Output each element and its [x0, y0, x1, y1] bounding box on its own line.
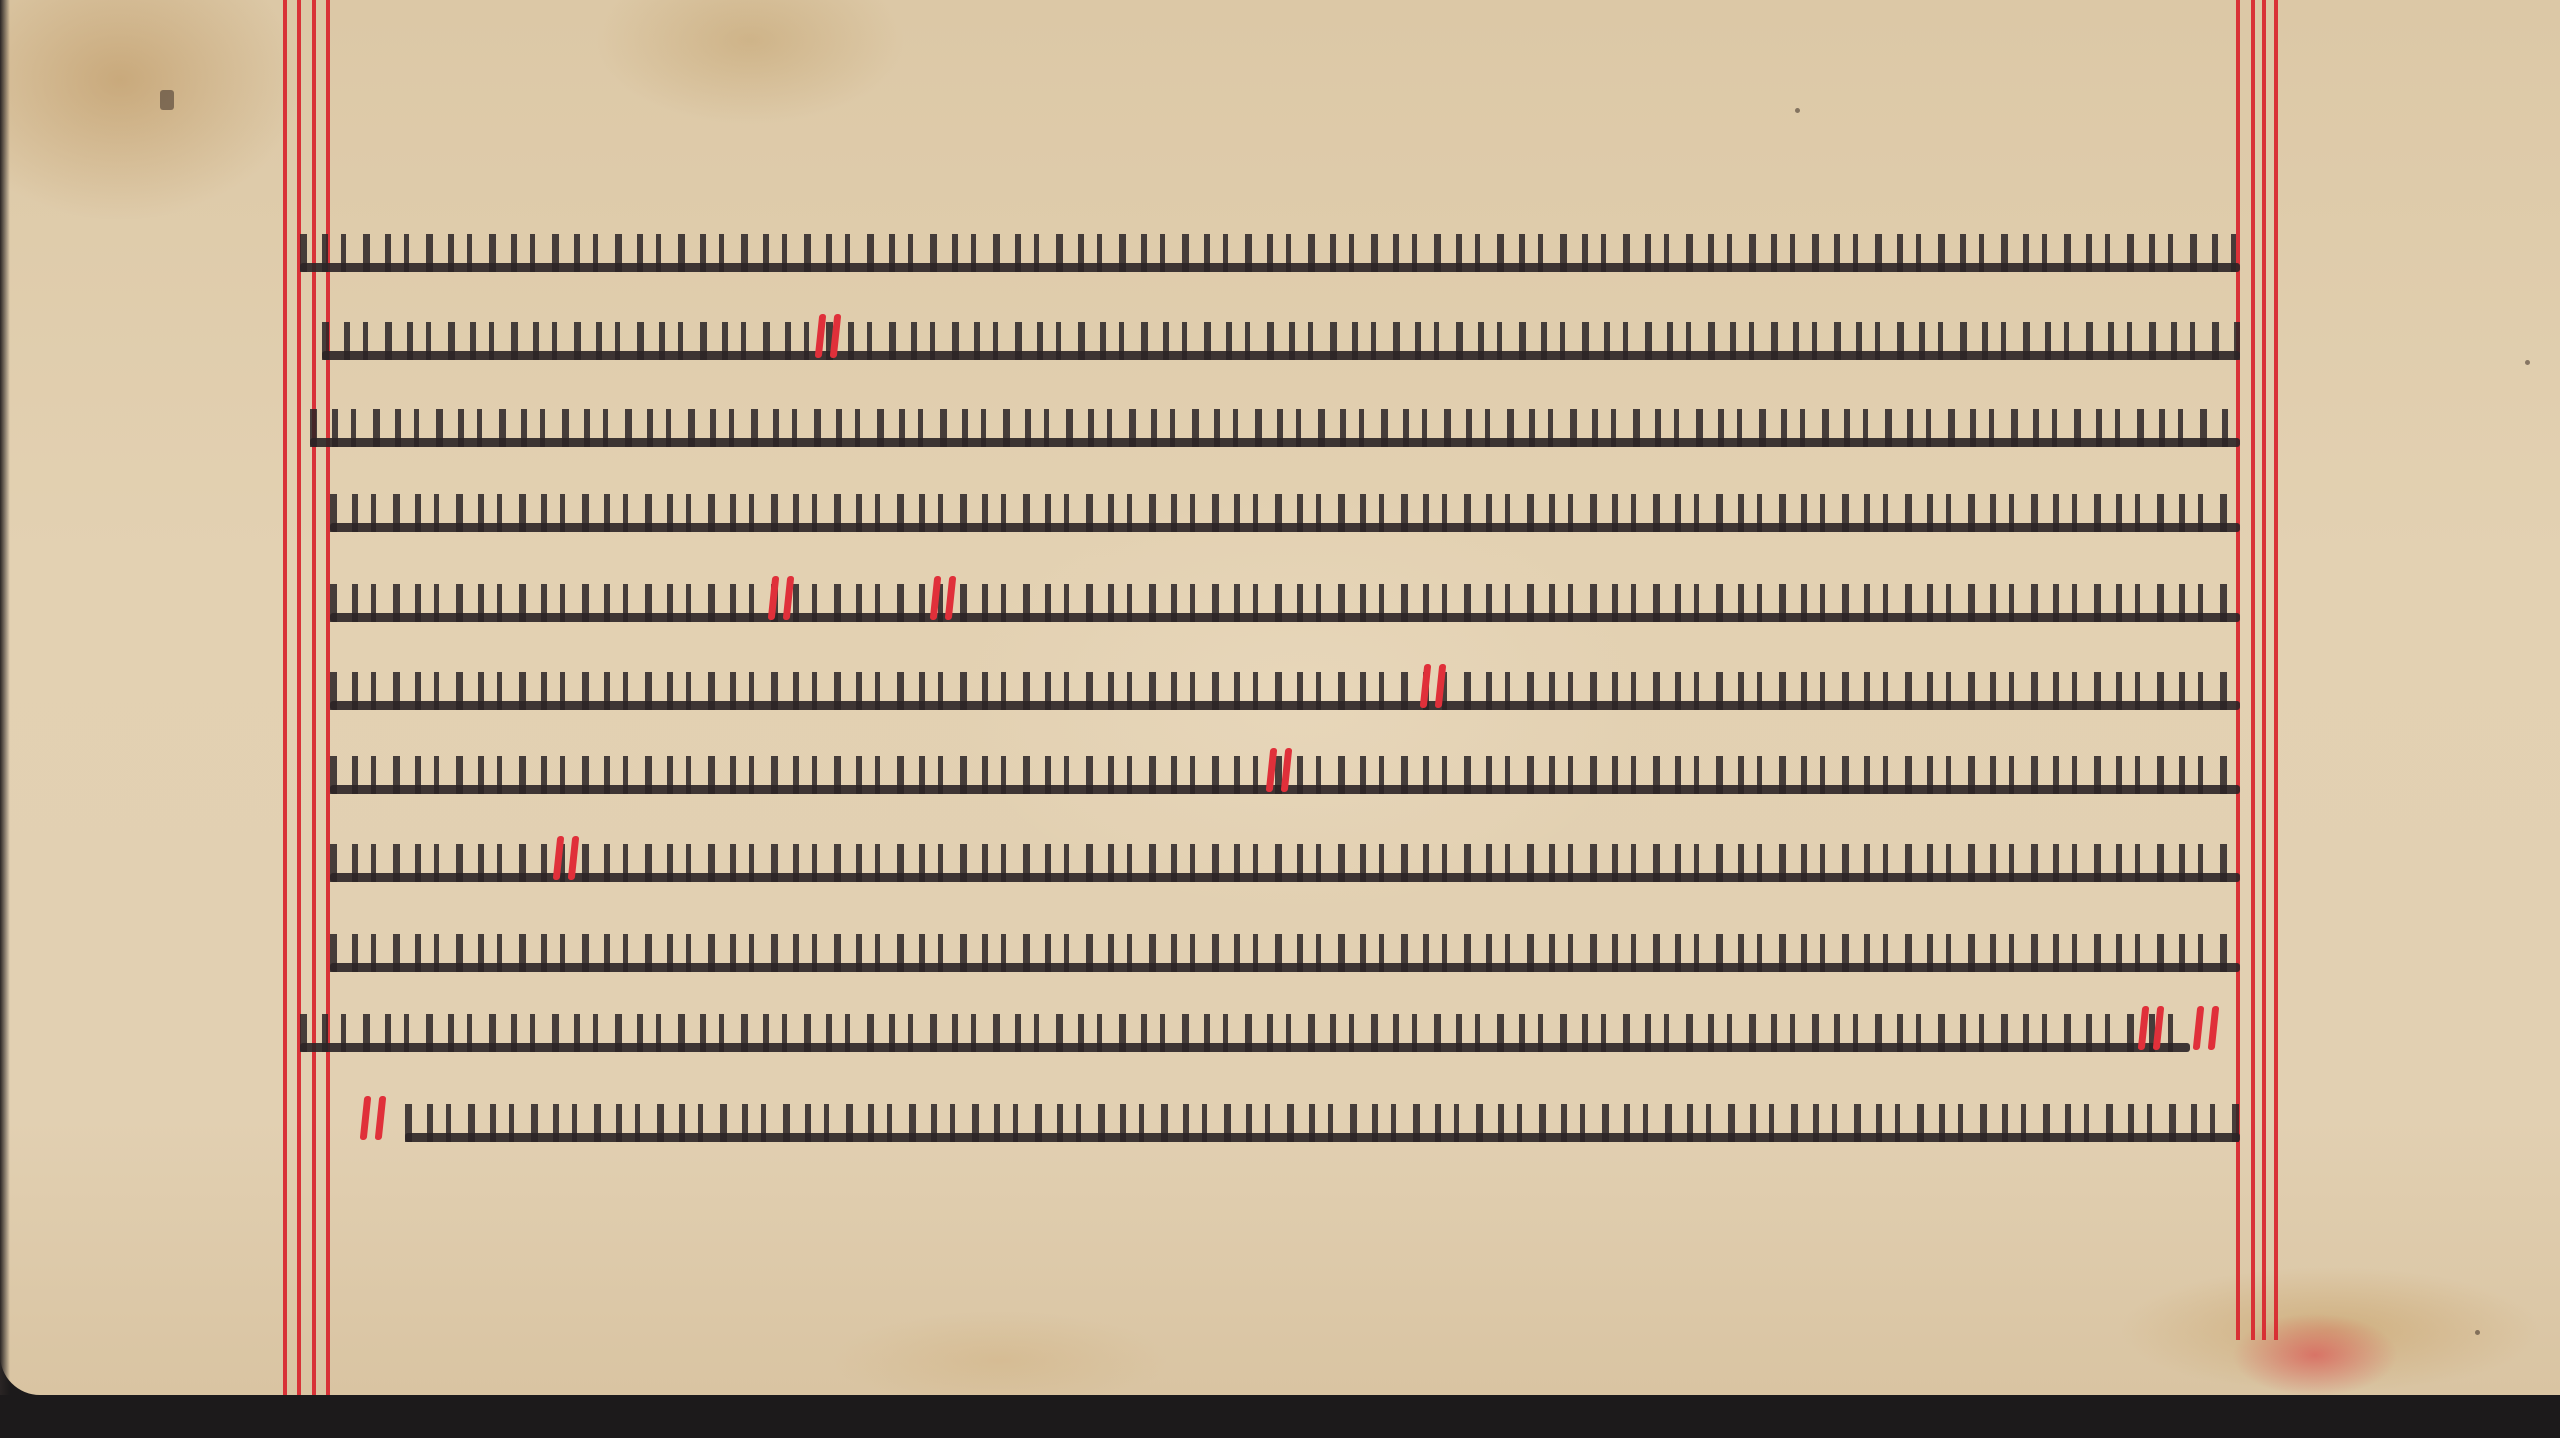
manuscript-text-line	[310, 405, 2240, 447]
manuscript-text-line	[322, 318, 2240, 360]
baseline-stroke	[330, 873, 2240, 882]
baseline-stroke	[322, 351, 2240, 360]
paper-speck	[2475, 1330, 2480, 1335]
paper-speck	[2525, 360, 2530, 365]
baseline-stroke	[330, 613, 2240, 622]
paper-speck	[1795, 108, 1800, 113]
left-margin-rule	[312, 0, 316, 1395]
red-double-danda-mark	[360, 1096, 388, 1142]
manuscript-text-line	[330, 840, 2240, 882]
manuscript-text-line	[405, 1100, 2240, 1142]
red-double-danda-mark	[1420, 664, 1448, 710]
baseline-stroke	[330, 523, 2240, 532]
baseline-stroke	[330, 963, 2240, 972]
left-margin-rule	[297, 0, 301, 1395]
right-margin-rule	[2262, 0, 2266, 1340]
left-margin-rule	[283, 0, 287, 1395]
right-margin-rule	[2274, 0, 2278, 1340]
baseline-stroke	[405, 1133, 2240, 1142]
manuscript-text-line	[330, 580, 2240, 622]
manuscript-text-line	[300, 1010, 2190, 1052]
red-double-danda-mark	[930, 576, 958, 622]
red-double-danda-mark	[815, 314, 843, 360]
red-double-danda-mark	[768, 576, 796, 622]
manuscript-folio	[0, 0, 2560, 1395]
red-double-danda-mark	[2138, 1006, 2166, 1052]
baseline-stroke	[300, 263, 2240, 272]
baseline-stroke	[300, 1043, 2190, 1052]
paper-edge	[0, 0, 10, 1395]
manuscript-text-line	[330, 930, 2240, 972]
red-double-danda-mark	[1266, 748, 1294, 794]
right-margin-rule	[2251, 0, 2255, 1340]
baseline-stroke	[310, 438, 2240, 447]
baseline-stroke	[330, 701, 2240, 710]
manuscript-text-line	[330, 668, 2240, 710]
paper-speck	[160, 90, 174, 110]
red-double-danda-mark	[553, 836, 581, 882]
red-double-danda-mark	[2193, 1006, 2221, 1052]
red-ink-stain	[2200, 1300, 2430, 1400]
manuscript-text-line	[330, 490, 2240, 532]
manuscript-text-line	[300, 230, 2240, 272]
